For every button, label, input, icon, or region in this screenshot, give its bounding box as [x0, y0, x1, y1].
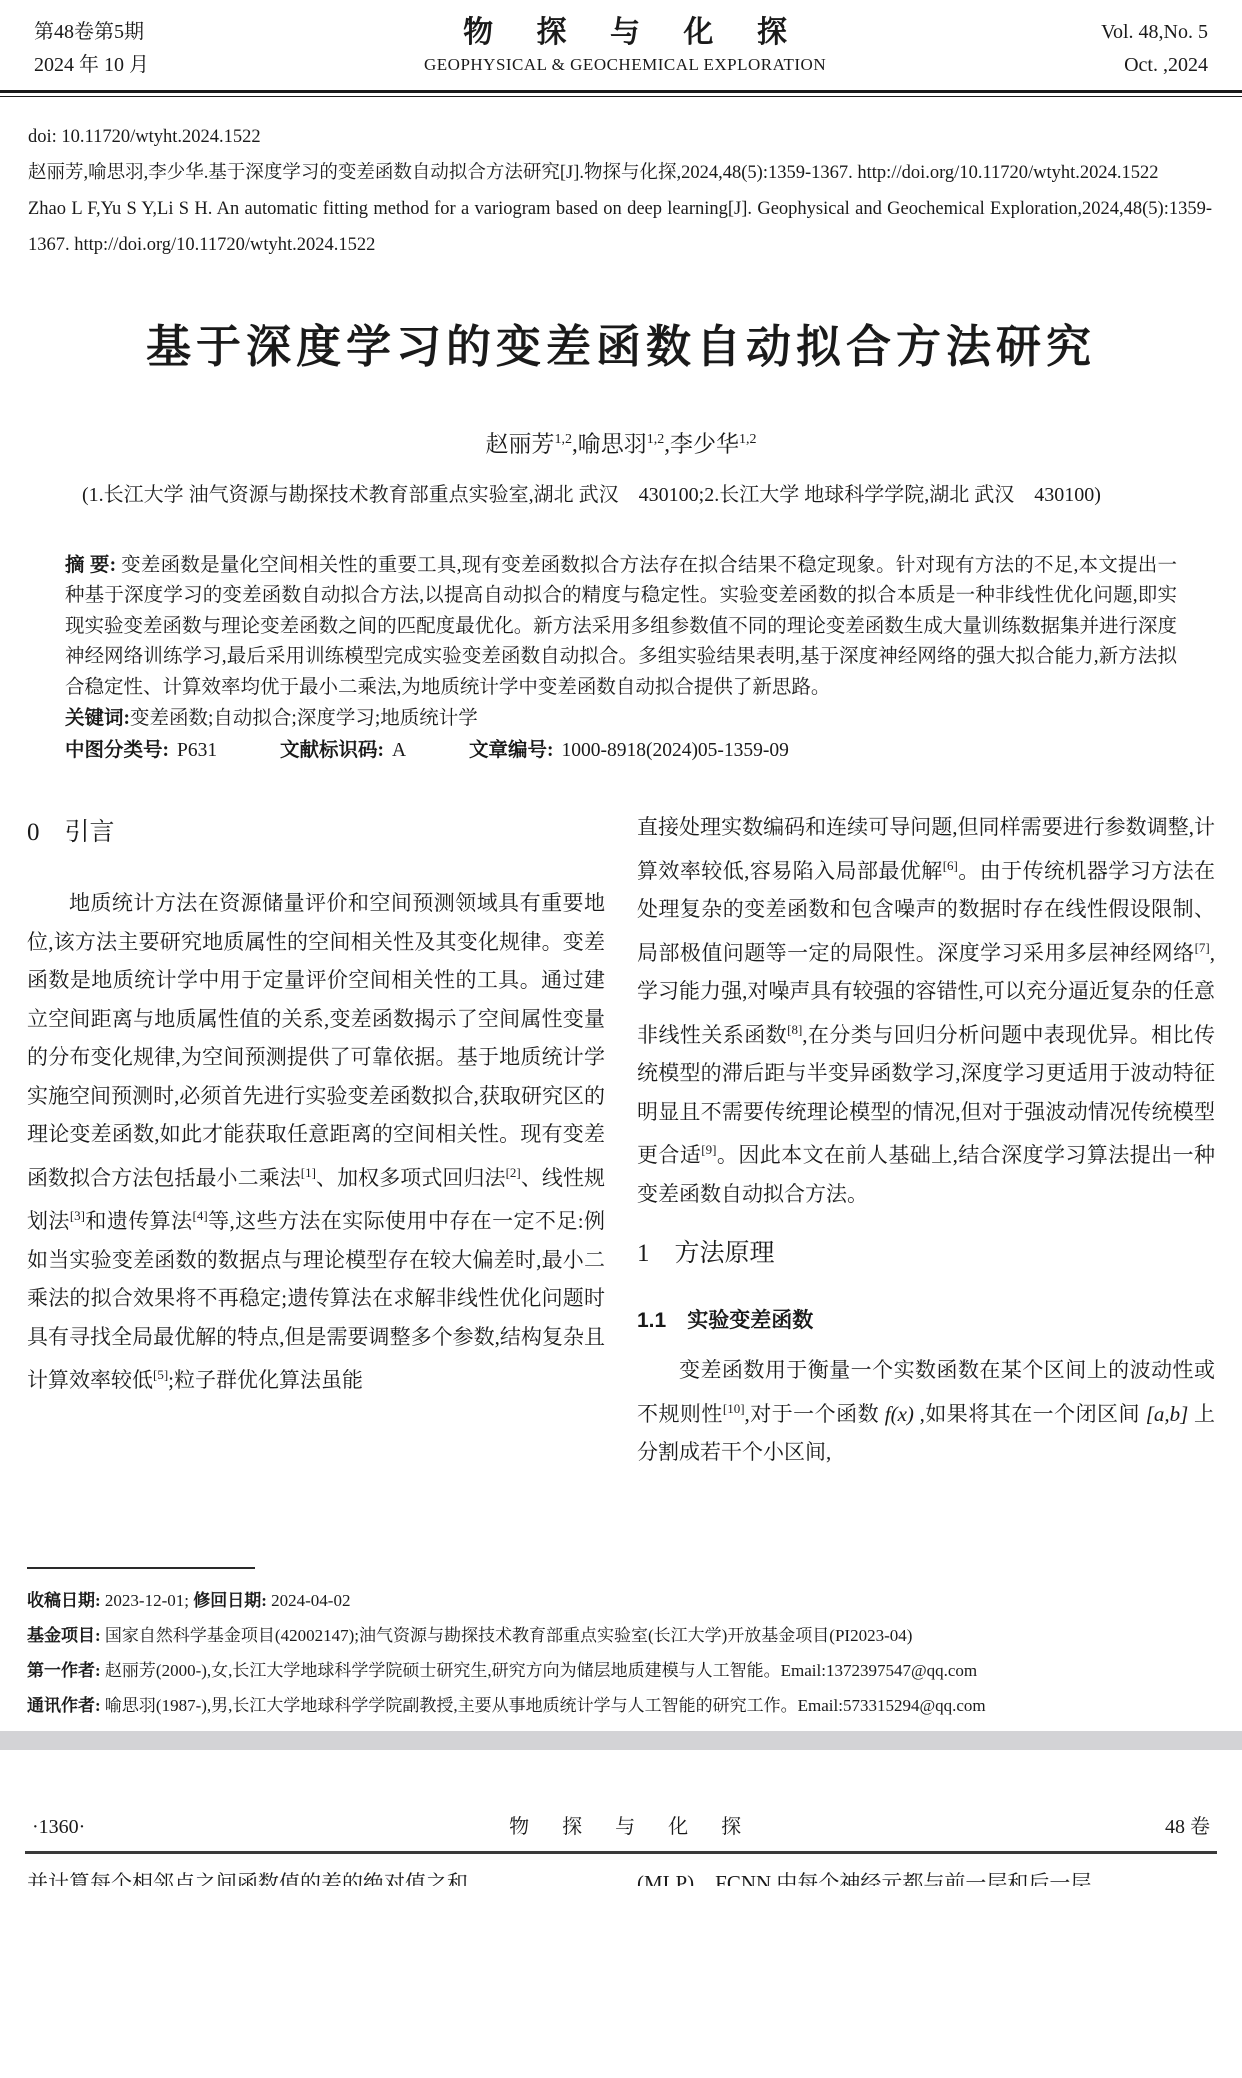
intro-paragraph-left: 地质统计方法在资源储量评价和空间预测领域具有重要地位,该方法主要研究地质属性的空…	[27, 884, 605, 1400]
right-column: 直接处理实数编码和连续可导问题,但同样需要进行参数调整,计算效率较低,容易陷入局…	[637, 808, 1215, 1565]
journal-header-right: Vol. 48,No. 5 Oct. ,2024	[1101, 16, 1208, 82]
page2-partial-right: (MLP)。FCNN 中每个神经元都与前一层和后一层	[637, 1864, 1215, 1886]
journal-title-cn: 物 探 与 化 探	[149, 16, 1101, 50]
page2-running-head: ·1360· 物 探 与 化 探 48 卷	[0, 1810, 1242, 1839]
abstract-text: 摘 要: 变差函数是量化空间相关性的重要工具,现有变差函数拟合方法存在拟合结果不…	[65, 551, 1177, 704]
journal-header-center: 物 探 与 化 探 GEOPHYSICAL & GEOCHEMICAL EXPL…	[149, 16, 1101, 80]
issue-date-cn: 2024 年 10 月	[34, 49, 149, 82]
journal-title-en: GEOPHYSICAL & GEOCHEMICAL EXPLORATION	[149, 50, 1101, 80]
article-id-value: 1000-8918(2024)05-1359-09	[561, 740, 788, 761]
volume-issue-cn: 第48卷第5期	[34, 16, 149, 49]
clc-label: 中图分类号:	[65, 740, 169, 761]
footnote-block: 收稿日期: 2023-12-01; 修回日期: 2024-04-02 基金项目:…	[0, 1567, 1242, 1723]
body-columns: 0 引言 地质统计方法在资源储量评价和空间预测领域具有重要地位,该方法主要研究地…	[0, 808, 1242, 1565]
page2-divider	[25, 1851, 1217, 1854]
classification-line: 中图分类号:P631 文献标识码:A 文章编号:1000-8918(2024)0…	[65, 736, 1177, 767]
article-title: 基于深度学习的变差函数自动拟合方法研究	[0, 321, 1242, 373]
page2-partial-left: 并计算每个相邻点之间函数值的差的绝对值之和	[27, 1864, 605, 1886]
page-separator	[0, 1731, 1242, 1750]
header-divider	[0, 90, 1242, 97]
page-number: ·1360·	[32, 1816, 85, 1839]
journal-header: 第48卷第5期 2024 年 10 月 物 探 与 化 探 GEOPHYSICA…	[0, 0, 1242, 88]
citation-en: Zhao L F,Yu S Y,Li S H. An automatic fit…	[28, 191, 1212, 263]
footnote-first-author: 第一作者: 赵丽芳(2000-),女,长江大学地球科学学院硕士研究生,研究方向为…	[27, 1653, 1215, 1688]
footnote-funding: 基金项目: 国家自然科学基金项目(42002147);油气资源与勘探技术教育部重…	[27, 1618, 1215, 1653]
doi-line: doi: 10.11720/wtyht.2024.1522	[28, 119, 1212, 155]
running-title: 物 探 与 化 探	[495, 1810, 755, 1839]
paper-page: 第48卷第5期 2024 年 10 月 物 探 与 化 探 GEOPHYSICA…	[0, 0, 1242, 2078]
keywords-line: 关键词:变差函数;自动拟合;深度学习;地质统计学	[65, 704, 1177, 735]
doc-code-label: 文献标识码:	[280, 740, 384, 761]
clc-pair: 中图分类号:P631	[65, 740, 217, 761]
journal-header-left: 第48卷第5期 2024 年 10 月	[34, 16, 149, 82]
article-id-label: 文章编号:	[469, 740, 554, 761]
abstract-block: 摘 要: 变差函数是量化空间相关性的重要工具,现有变差函数拟合方法存在拟合结果不…	[65, 551, 1177, 767]
clc-value: P631	[177, 740, 217, 761]
article-id-pair: 文章编号:1000-8918(2024)05-1359-09	[469, 740, 789, 761]
authors-line: 赵丽芳1,2,喻思羽1,2,李少华1,2	[0, 425, 1242, 460]
footnote-corresponding-author: 通讯作者: 喻思羽(1987-),男,长江大学地球科学学院副教授,主要从事地质统…	[27, 1688, 1215, 1723]
section-1-heading: 1 方法原理	[637, 1239, 1215, 1269]
doc-code-pair: 文献标识码:A	[280, 740, 406, 761]
footnote-dates: 收稿日期: 2023-12-01; 修回日期: 2024-04-02	[27, 1583, 1215, 1618]
citation-cn: 赵丽芳,喻思羽,李少华.基于深度学习的变差函数自动拟合方法研究[J].物探与化探…	[28, 155, 1212, 191]
doc-code-value: A	[392, 740, 406, 761]
section-1-1-paragraph: 变差函数用于衡量一个实数函数在某个区间上的波动性或不规则性[10],对于一个函数…	[637, 1351, 1215, 1472]
issue-date-en: Oct. ,2024	[1101, 49, 1208, 82]
footnote-divider	[27, 1567, 255, 1569]
volume-label: 48 卷	[1165, 1810, 1210, 1839]
volume-issue-en: Vol. 48,No. 5	[1101, 16, 1208, 49]
affiliation: (1.长江大学 油气资源与勘探技术教育部重点实验室,湖北 武汉 430100;2…	[82, 478, 1160, 513]
section-0-heading: 0 引言	[27, 818, 605, 848]
citation-block: doi: 10.11720/wtyht.2024.1522 赵丽芳,喻思羽,李少…	[0, 97, 1242, 263]
section-1-1-heading: 1.1 实验变差函数	[637, 1307, 1215, 1335]
page2-partial-text: 并计算每个相邻点之间函数值的差的绝对值之和 (MLP)。FCNN 中每个神经元都…	[0, 1864, 1242, 1886]
left-column: 0 引言 地质统计方法在资源储量评价和空间预测领域具有重要地位,该方法主要研究地…	[27, 808, 605, 1565]
intro-paragraph-right: 直接处理实数编码和连续可导问题,但同样需要进行参数调整,计算效率较低,容易陷入局…	[637, 808, 1215, 1213]
